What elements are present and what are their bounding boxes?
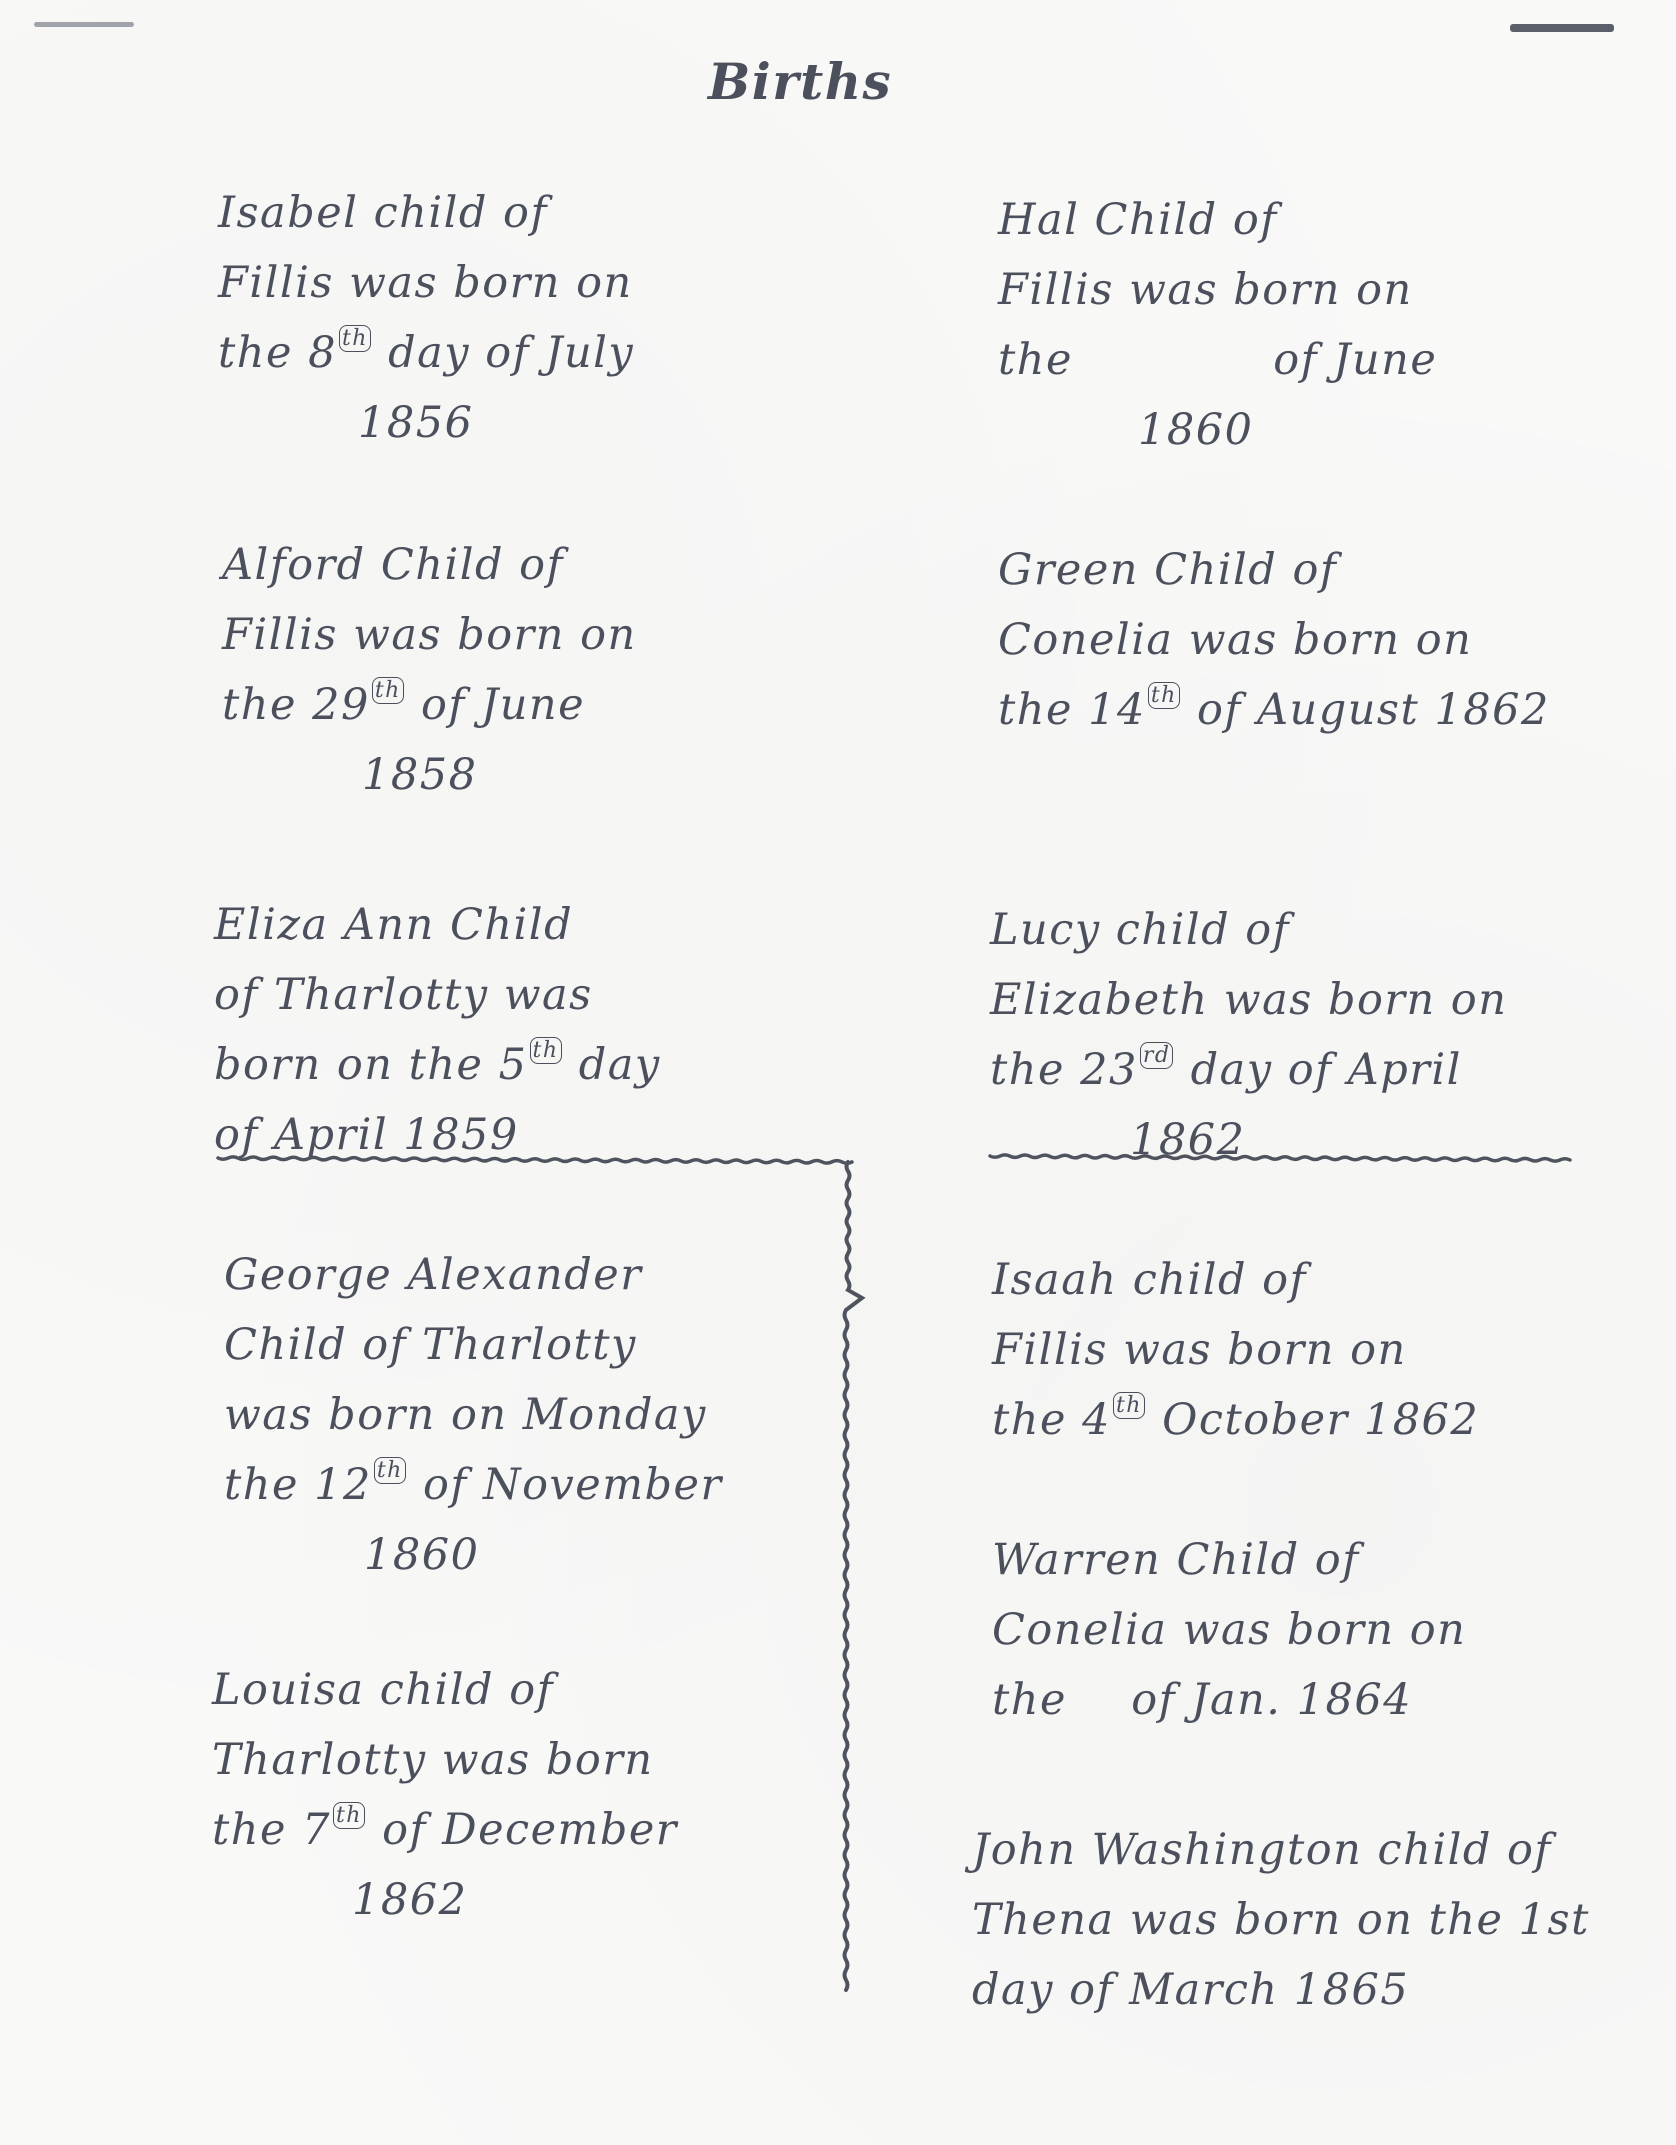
birth-entry-george-alexander: George Alexander Child of Tharlotty was … (224, 1240, 723, 1590)
ordinal-suffix: th (339, 325, 371, 352)
corner-mark-top-right (1510, 24, 1614, 32)
entry-year: 1862 (212, 1865, 678, 1935)
entry-line: Fillis was born on (218, 248, 634, 318)
entry-line: of April 1859 (214, 1100, 661, 1170)
ordinal-suffix: th (1113, 1392, 1145, 1419)
entry-line: the 7th of December (212, 1795, 678, 1865)
entry-line: the 14th of August 1862 (998, 675, 1550, 745)
entry-line: day of March 1865 (972, 1955, 1590, 2025)
document-page: Births Isabel child of Fillis was born o… (0, 0, 1676, 2145)
entry-year: 1860 (224, 1520, 723, 1590)
entry-line: of Tharlotty was (214, 960, 661, 1030)
corner-mark-top-left (34, 22, 134, 27)
entry-line: John Washington child of (972, 1815, 1590, 1885)
birth-entry-hal: Hal Child of Fillis was born on the of J… (998, 185, 1437, 465)
entry-line: Green Child of (998, 535, 1550, 605)
ordinal-suffix: th (374, 1457, 406, 1484)
birth-entry-eliza-ann: Eliza Ann Child of Tharlotty was born on… (214, 890, 661, 1170)
entry-line: the 29th of June (222, 670, 637, 740)
birth-entry-isabel: Isabel child of Fillis was born on the 8… (218, 178, 634, 458)
entry-line: the of Jan. 1864 (992, 1665, 1466, 1735)
entry-year: 1860 (998, 395, 1437, 465)
entry-line: the 23rd day of April (990, 1035, 1507, 1105)
entry-line: Conelia was born on (998, 605, 1550, 675)
entry-line: Lucy child of (990, 895, 1507, 965)
birth-entry-green: Green Child of Conelia was born on the 1… (998, 535, 1550, 745)
entry-year: 1858 (222, 740, 637, 810)
entry-line: Thena was born on the 1st (972, 1885, 1590, 1955)
birth-entry-warren: Warren Child of Conelia was born on the … (992, 1525, 1466, 1735)
page-title: Births (708, 52, 892, 111)
entry-line: Hal Child of (998, 185, 1437, 255)
entry-line: Louisa child of (212, 1655, 678, 1725)
birth-entry-lucy: Lucy child of Elizabeth was born on the … (990, 895, 1507, 1175)
ordinal-suffix: rd (1140, 1042, 1174, 1069)
entry-line: Isabel child of (218, 178, 634, 248)
ordinal-suffix: th (333, 1802, 365, 1829)
entry-line: Child of Tharlotty (224, 1310, 723, 1380)
entry-year: 1856 (218, 388, 634, 458)
entry-line: the of June (998, 325, 1437, 395)
entry-line: the 8th day of July (218, 318, 634, 388)
entry-line: the 4th October 1862 (992, 1385, 1479, 1455)
column-divider (845, 1162, 863, 1990)
ordinal-suffix: th (1148, 682, 1180, 709)
entry-line: Eliza Ann Child (214, 890, 661, 960)
entry-line: the 12th of November (224, 1450, 723, 1520)
birth-entry-john-washington: John Washington child of Thena was born … (972, 1815, 1590, 2025)
entry-line: George Alexander (224, 1240, 723, 1310)
entry-line: Tharlotty was born (212, 1725, 678, 1795)
entry-line: Warren Child of (992, 1525, 1466, 1595)
entry-year: 1862 (990, 1105, 1507, 1175)
entry-line: Conelia was born on (992, 1595, 1466, 1665)
birth-entry-isaah: Isaah child of Fillis was born on the 4t… (992, 1245, 1479, 1455)
entry-line: Fillis was born on (222, 600, 637, 670)
entry-line: Fillis was born on (998, 255, 1437, 325)
entry-line: Alford Child of (222, 530, 637, 600)
birth-entry-louisa: Louisa child of Tharlotty was born the 7… (212, 1655, 678, 1935)
ordinal-suffix: th (530, 1037, 562, 1064)
entry-line: born on the 5th day (214, 1030, 661, 1100)
entry-line: Isaah child of (992, 1245, 1479, 1315)
entry-line: Fillis was born on (992, 1315, 1479, 1385)
birth-entry-alford: Alford Child of Fillis was born on the 2… (222, 530, 637, 810)
entry-line: was born on Monday (224, 1380, 723, 1450)
ordinal-suffix: th (372, 677, 404, 704)
entry-line: Elizabeth was born on (990, 965, 1507, 1035)
